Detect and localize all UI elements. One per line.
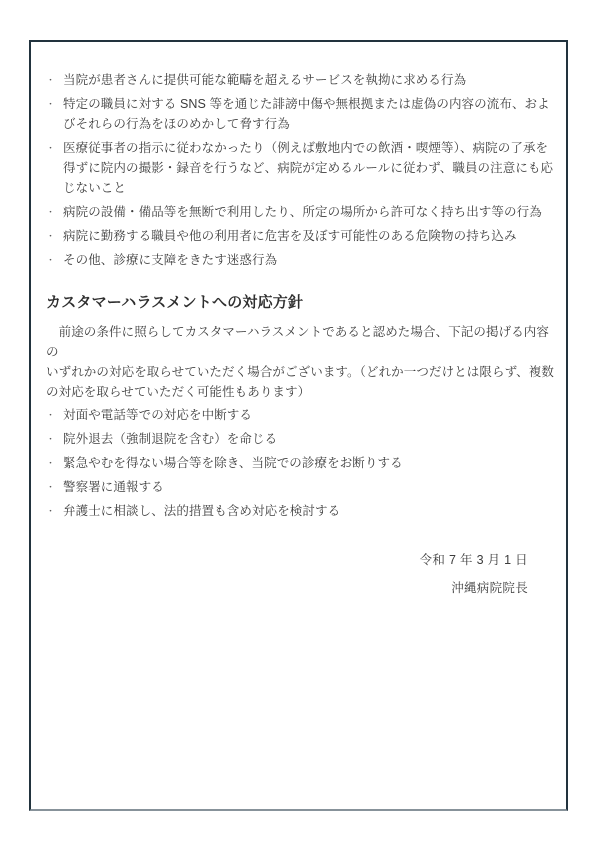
list-item: ・ 弁護士に相談し、法的措置も含め対応を検討する — [46, 501, 554, 521]
list-item-text: 緊急やむを得ない場合等を除き、当院での診療をお断りする — [63, 453, 554, 473]
list-item-text: 病院に勤務する職員や他の利用者に危害を及ぼす可能性のある危険物の持ち込み — [63, 226, 554, 246]
bullet-icon: ・ — [46, 226, 63, 246]
response-actions-list: ・ 対面や電話等での対応を中断する ・ 院外退去（強制退院を含む）を命じる ・ … — [46, 405, 554, 521]
date-line: 令和 7 年 3 月 1 日 — [46, 550, 528, 570]
list-item-text: 医療従事者の指示に従わなかったり（例えば敷地内での飲酒・喫煙等）、病院の了承を … — [63, 138, 554, 198]
bullet-icon: ・ — [46, 94, 63, 114]
bullet-icon: ・ — [46, 501, 63, 521]
signature-block: 令和 7 年 3 月 1 日 沖縄病院院長 — [46, 550, 554, 598]
policy-intro-paragraph: 前途の条件に照らしてカスタマーハラスメントであると認めた場合、下記の掲げる内容の… — [46, 322, 554, 402]
list-item: ・ 院外退去（強制退院を含む）を命じる — [46, 429, 554, 449]
list-item: ・ 病院に勤務する職員や他の利用者に危害を及ぼす可能性のある危険物の持ち込み — [46, 226, 554, 246]
bullet-icon: ・ — [46, 138, 63, 158]
policy-section-heading: カスタマーハラスメントへの対応方針 — [46, 292, 554, 313]
list-item: ・ 特定の職員に対する SNS 等を通じた誹謗中傷や無根拠または虚偽の内容の流布… — [46, 94, 554, 134]
bullet-icon: ・ — [46, 70, 63, 90]
list-item-text: 病院の設備・備品等を無断で利用したり、所定の場所から許可なく持ち出す等の行為 — [63, 202, 554, 222]
list-item-text: 院外退去（強制退院を含む）を命じる — [63, 429, 554, 449]
list-item: ・ 医療従事者の指示に従わなかったり（例えば敷地内での飲酒・喫煙等）、病院の了承… — [46, 138, 554, 198]
bullet-icon: ・ — [46, 405, 63, 425]
list-item-text: その他、診療に支障をきたす迷惑行為 — [63, 250, 554, 270]
document-frame: ・ 当院が患者さんに提供可能な範疇を超えるサービスを執拗に求める行為 ・ 特定の… — [29, 40, 568, 811]
bullet-icon: ・ — [46, 250, 63, 270]
list-item-text: 特定の職員に対する SNS 等を通じた誹謗中傷や無根拠または虚偽の内容の流布、お… — [63, 94, 554, 134]
bullet-icon: ・ — [46, 429, 63, 449]
list-item-text: 弁護士に相談し、法的措置も含め対応を検討する — [63, 501, 554, 521]
list-item: ・ 緊急やむを得ない場合等を除き、当院での診療をお断りする — [46, 453, 554, 473]
list-item: ・ 警察署に通報する — [46, 477, 554, 497]
list-item-text: 対面や電話等での対応を中断する — [63, 405, 554, 425]
list-item: ・ その他、診療に支障をきたす迷惑行為 — [46, 250, 554, 270]
list-item-text: 警察署に通報する — [63, 477, 554, 497]
list-item: ・ 対面や電話等での対応を中断する — [46, 405, 554, 425]
prohibited-acts-list: ・ 当院が患者さんに提供可能な範疇を超えるサービスを執拗に求める行為 ・ 特定の… — [46, 70, 554, 270]
bullet-icon: ・ — [46, 202, 63, 222]
signer-line: 沖縄病院院長 — [46, 578, 528, 598]
list-item: ・ 病院の設備・備品等を無断で利用したり、所定の場所から許可なく持ち出す等の行為 — [46, 202, 554, 222]
bullet-icon: ・ — [46, 453, 63, 473]
list-item-text: 当院が患者さんに提供可能な範疇を超えるサービスを執拗に求める行為 — [63, 70, 554, 90]
list-item: ・ 当院が患者さんに提供可能な範疇を超えるサービスを執拗に求める行為 — [46, 70, 554, 90]
bullet-icon: ・ — [46, 477, 63, 497]
